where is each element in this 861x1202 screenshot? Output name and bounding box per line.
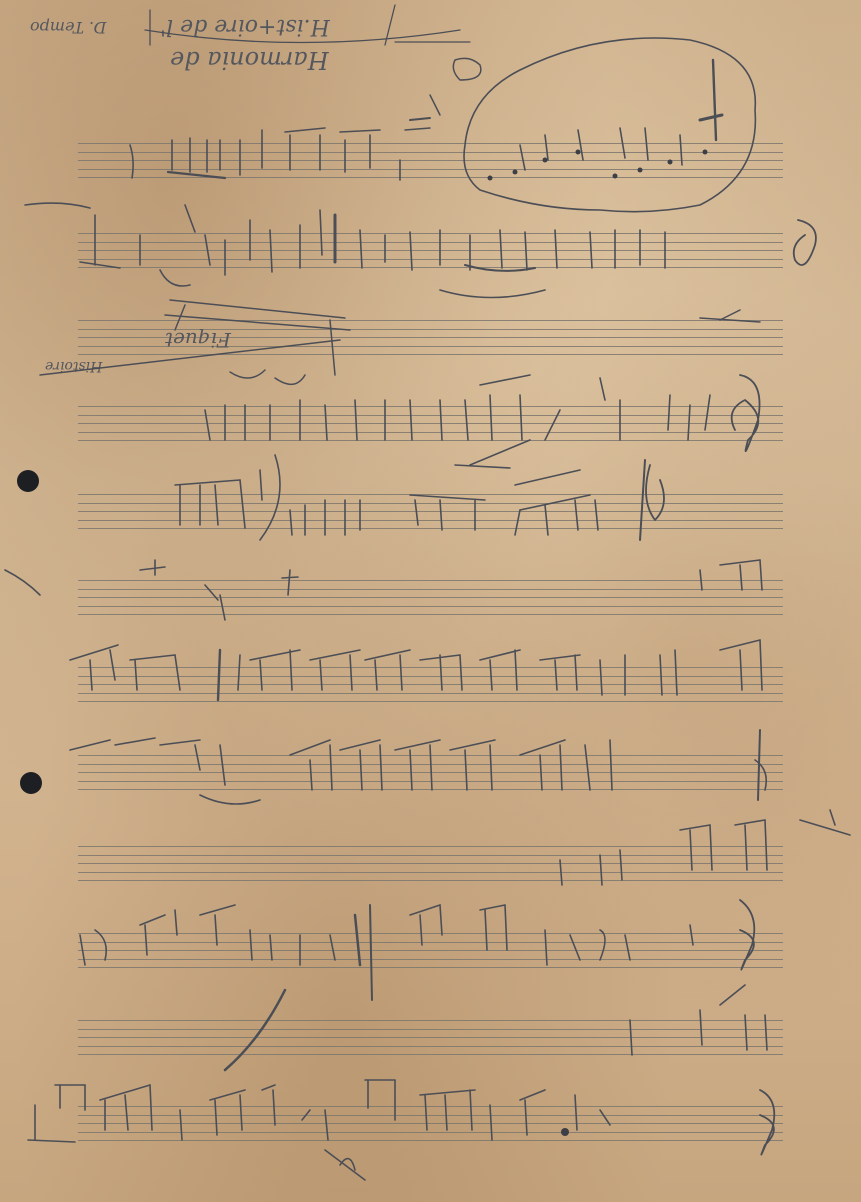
pencil-notation (0, 0, 861, 1202)
treble-clef-2 (794, 220, 816, 265)
treble-clef-4 (732, 375, 760, 451)
treble-clef-10 (740, 900, 754, 970)
treble-clef-12 (760, 1090, 774, 1155)
title-arc (145, 30, 460, 43)
circled-passage (464, 38, 755, 212)
